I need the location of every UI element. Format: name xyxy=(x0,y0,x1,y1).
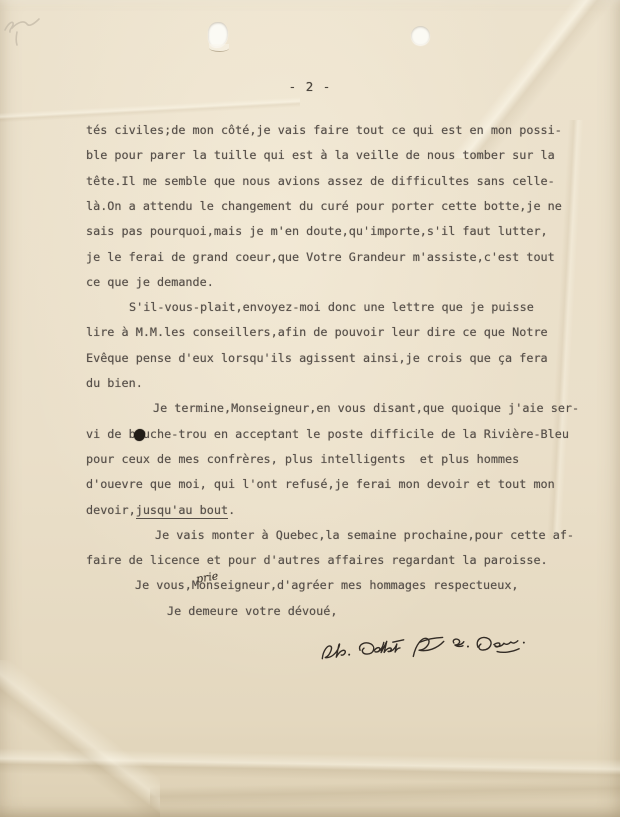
typed-line: tés civiles;de mon côté,je vais faire to… xyxy=(86,123,562,137)
typed-line: lire à M.M.les conseillers,afin de pouvo… xyxy=(86,325,548,339)
typed-line: je le ferai de grand coeur,que Votre Gra… xyxy=(86,250,555,264)
typed-line: Je demeure votre dévoué, xyxy=(167,604,337,618)
typed-line: devoir,jusqu'au bout. xyxy=(86,503,235,517)
page-number: - 2 - xyxy=(0,79,620,94)
typed-line: Je vous,Monseigneur,d'agréer mes hommage… xyxy=(135,578,519,592)
typed-line: faire de licence et pour d'autres affair… xyxy=(86,553,548,567)
typed-line: Evêque pense d'eux lorsqu'ils agissent a… xyxy=(86,351,548,365)
typed-line: pour ceux de mes confrères, plus intelli… xyxy=(86,452,519,466)
typed-line: Je vais monter à Quebec,la semaine proch… xyxy=(155,528,574,542)
typed-line: vi de bouche-trou en acceptant le poste … xyxy=(86,427,569,441)
paper-crease xyxy=(0,92,300,126)
typed-line: du bien. xyxy=(86,376,143,390)
typed-line: S'il-vous-plait,envoyez-moi donc une let… xyxy=(129,300,534,314)
letter-page: - 2 - tés civiles;de mon côté,je vais fa… xyxy=(0,0,620,817)
typed-line: d'ouevre que moi, qui l'ont refusé,je fe… xyxy=(86,477,555,491)
typed-line: là.On a attendu le changement du curé po… xyxy=(86,199,562,213)
paper-crease xyxy=(150,770,620,810)
typed-line: tête.Il me semble que nous avions assez … xyxy=(86,174,555,188)
paper-crease xyxy=(0,660,160,817)
punch-hole-tear xyxy=(209,44,229,52)
paper-crease xyxy=(0,742,620,788)
typed-line: Je termine,Monseigneur,en vous disant,qu… xyxy=(153,401,579,415)
pencil-scribble xyxy=(2,12,64,50)
typed-line: ble pour parer la tuille qui est à la ve… xyxy=(86,148,555,162)
typed-line: sais pas pourquoi,mais je m'en doute,qu'… xyxy=(86,224,548,238)
typed-line: ce que je demande. xyxy=(86,275,214,289)
signature xyxy=(315,627,536,669)
punch-hole-right xyxy=(411,26,430,45)
